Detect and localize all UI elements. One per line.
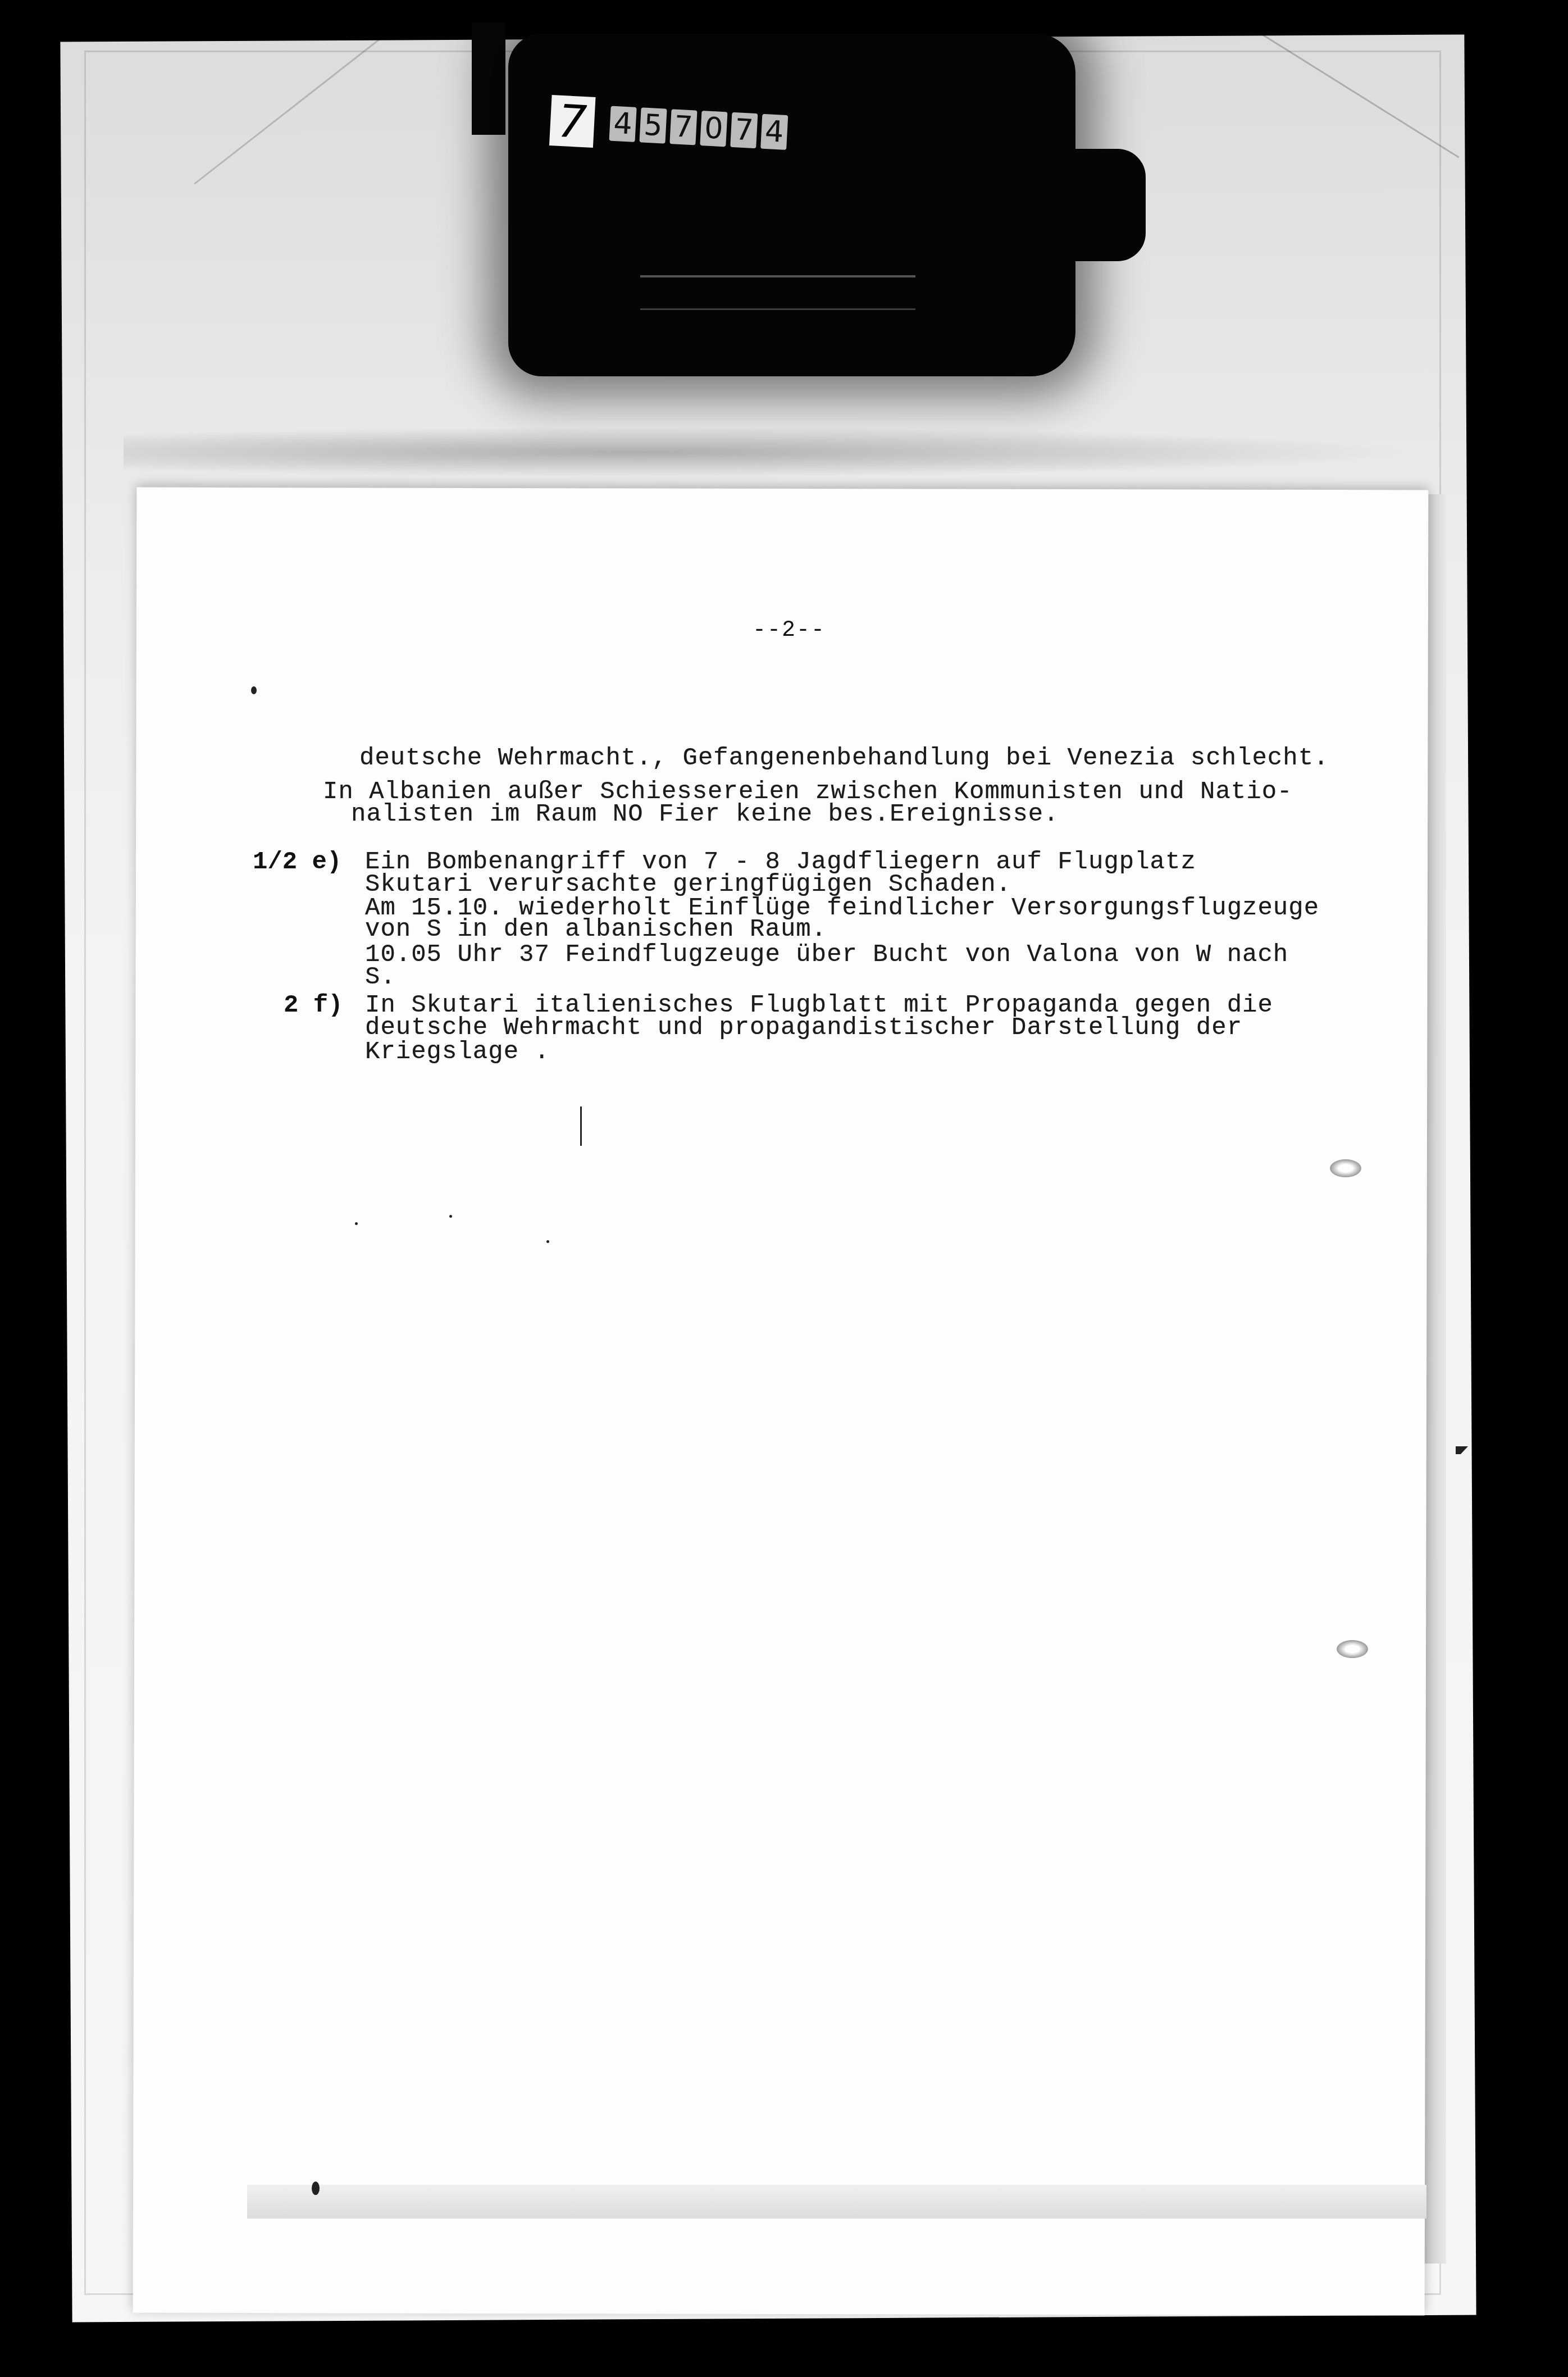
line-text: S. — [365, 963, 396, 991]
counter-slot — [640, 275, 915, 310]
frame-digit: 0 — [700, 111, 727, 147]
line-text: nalisten im Raum NO Fier keine bes.Ereig… — [351, 800, 1059, 828]
line-text: von S in den albanischen Raum. — [365, 916, 827, 944]
frame-digit: 7 — [669, 109, 697, 145]
counter-knob-icon — [1056, 149, 1146, 261]
ink-mark — [546, 1240, 549, 1243]
ink-mark — [449, 1215, 452, 1218]
item-marker: 1/2 e) — [253, 848, 341, 876]
line-text: deutsche Wehrmacht., Gefangenenbehandlun… — [359, 744, 1329, 772]
frame-digit: 7 — [730, 112, 758, 148]
ink-mark — [251, 686, 257, 694]
punch-hole — [1337, 1640, 1368, 1658]
page-shadow — [124, 427, 1415, 477]
frame-digit: 4 — [760, 114, 788, 150]
counter-strap — [472, 22, 505, 135]
frame-digit: 5 — [639, 107, 667, 143]
ink-mark — [355, 1222, 358, 1225]
page-number: --2-- — [753, 618, 826, 643]
line-text: 10.05 Uhr 37 Feindflugzeuge über Bucht v… — [365, 941, 1288, 969]
frame-counter — [508, 34, 1075, 376]
ink-mark — [312, 2182, 320, 2195]
frame-prefix-digit: 7 — [549, 95, 596, 148]
page-bottom-fold — [247, 2185, 1426, 2219]
line-text: Kriegslage . — [365, 1038, 550, 1066]
item-marker: 2 f) — [284, 991, 343, 1019]
ink-mark — [580, 1106, 582, 1146]
frame-digit: 4 — [609, 106, 637, 142]
punch-hole — [1330, 1159, 1361, 1177]
